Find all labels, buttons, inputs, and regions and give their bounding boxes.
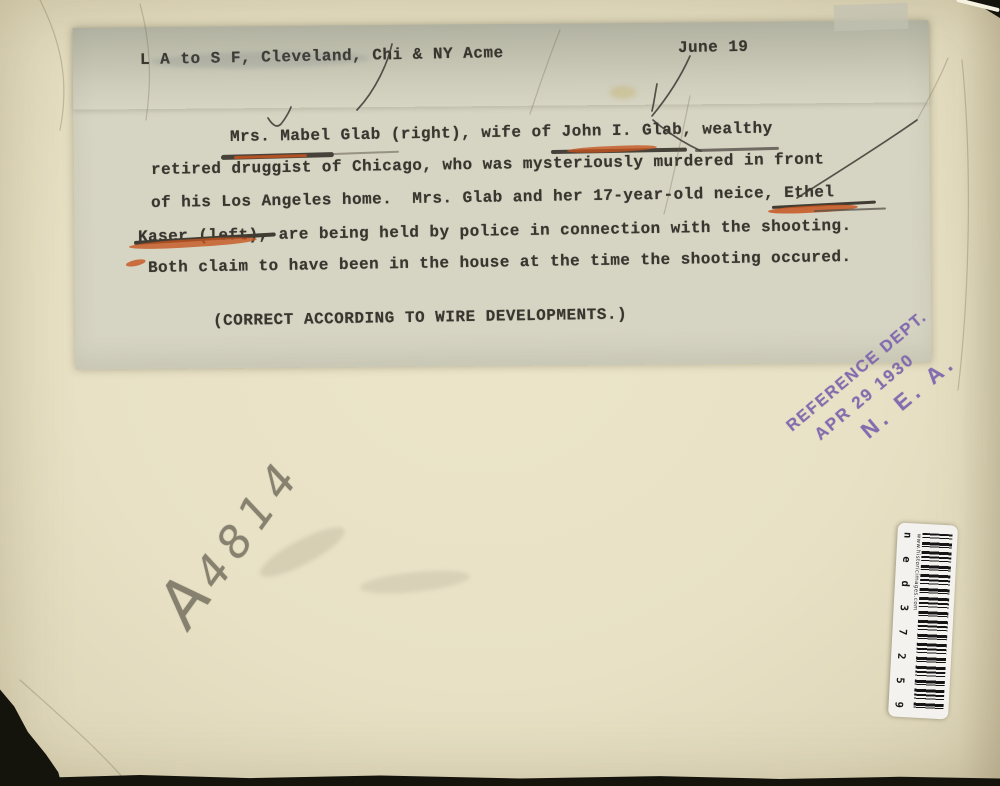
paper-edge-shading	[958, 0, 1000, 786]
barcode-char: n	[901, 532, 913, 539]
barcode-char: e	[900, 556, 912, 563]
photo-back-scan: L A to S F, Cleveland, Chi & NY Acme Jun…	[0, 0, 1000, 786]
catalog-digits: 4814	[185, 449, 313, 599]
barcode-char: 7	[896, 629, 908, 636]
torn-paper-remnant	[834, 3, 909, 32]
barcode-char: d	[899, 580, 911, 587]
stain-spot	[610, 86, 636, 99]
barcode-char: 5	[894, 677, 906, 684]
scan-background-corner	[0, 680, 62, 786]
barcode-sticker: www.historicimages.com n e d 3 7 2 5 9	[888, 523, 958, 720]
barcode-char: 2	[895, 653, 907, 660]
scan-background-edge	[0, 764, 1000, 786]
pencil-smudge	[359, 566, 470, 597]
date-line: June 19	[678, 38, 749, 57]
barcode-char: 9	[892, 701, 904, 708]
crease-line	[40, 0, 64, 130]
barcode-char: 3	[898, 604, 910, 611]
